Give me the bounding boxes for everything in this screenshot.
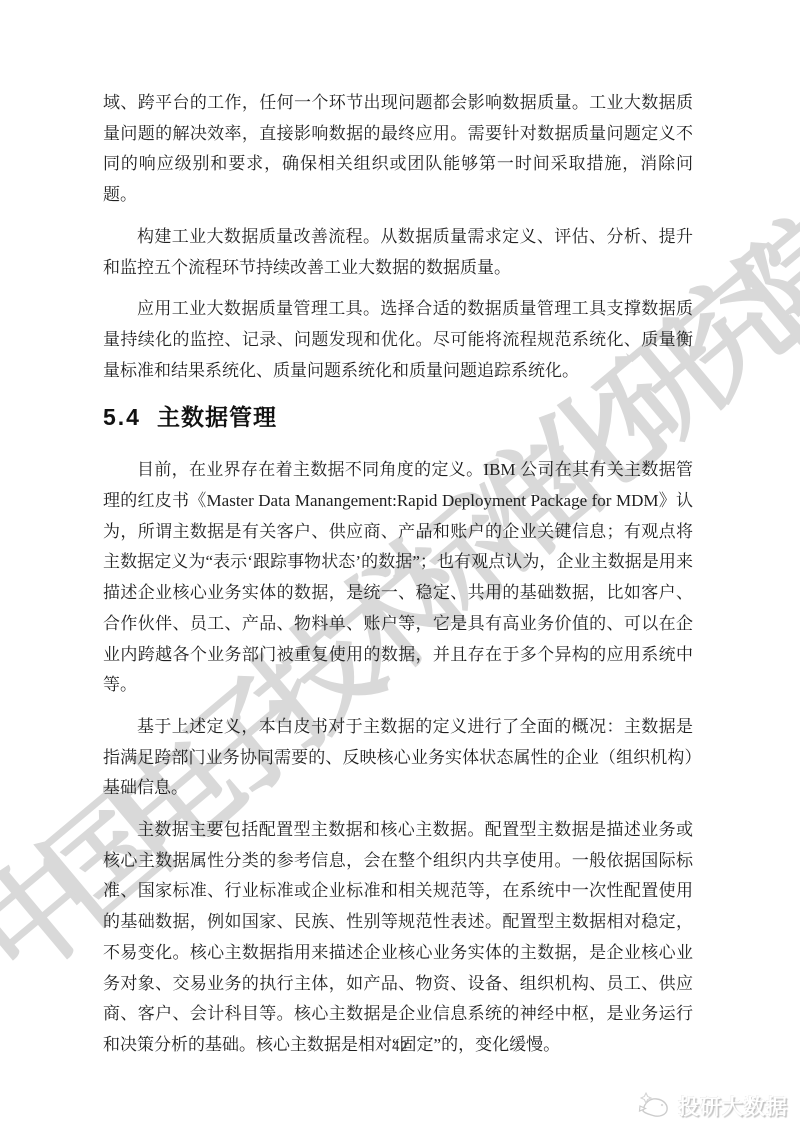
brand-logo: 投研大数据 <box>635 1091 788 1121</box>
section-number: 5.4 <box>103 404 141 430</box>
body-paragraph: 域、跨平台的工作，任何一个环节出现问题都会影响数据质量。工业大数据质量问题的解决… <box>103 88 693 211</box>
body-paragraph: 构建工业大数据质量改善流程。从数据质量需求定义、评估、分析、提升和监控五个流程环… <box>103 222 693 283</box>
page-content: 域、跨平台的工作，任何一个环节出现问题都会影响数据质量。工业大数据质量问题的解决… <box>0 0 798 1061</box>
document-page: 中国电子技术标准化研究院 域、跨平台的工作，任何一个环节出现问题都会影响数据质量… <box>0 0 800 1131</box>
body-paragraph: 应用工业大数据质量管理工具。选择合适的数据质量管理工具支撑数据质量持续化的监控、… <box>103 294 693 386</box>
section-title: 主数据管理 <box>157 404 277 430</box>
whale-star-icon <box>635 1091 673 1121</box>
page-number: 42 <box>0 1040 800 1055</box>
body-paragraph: 基于上述定义，本白皮书对于主数据的定义进行了全面的概况：主数据是指满足跨部门业务… <box>103 712 693 804</box>
body-paragraph: 目前，在业界存在着主数据不同角度的定义。IBM 公司在其有关主数据管理的红皮书《… <box>103 455 693 701</box>
body-paragraph: 主数据主要包括配置型主数据和核心主数据。配置型主数据是描述业务或核心主数据属性分… <box>103 815 693 1061</box>
brand-name: 投研大数据 <box>678 1091 788 1121</box>
section-heading: 5.4主数据管理 <box>103 400 693 434</box>
